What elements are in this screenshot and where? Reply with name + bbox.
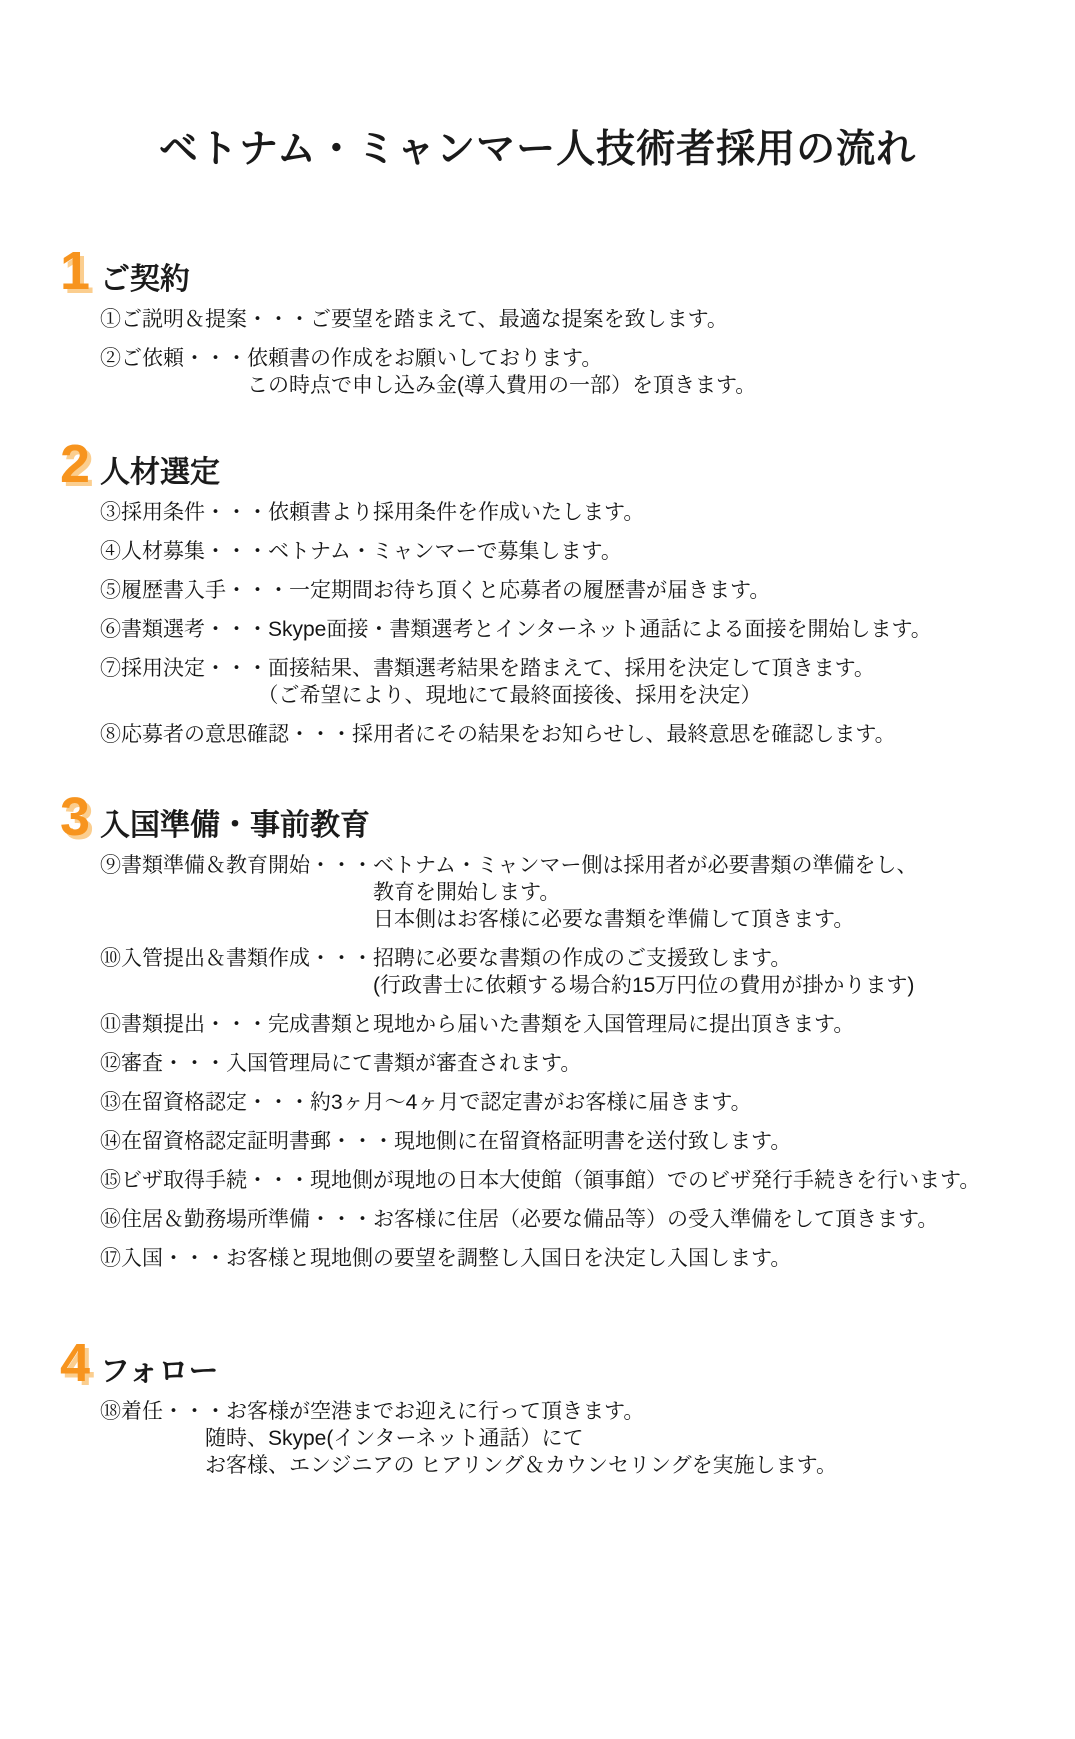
flow-item-line: ⑭在留資格認定証明書郵・・・現地側に在留資格証明書を送付致します。 xyxy=(100,1128,1075,1155)
section-2: 2人材選定③採用条件・・・依頼書より採用条件を作成いたします。④人材募集・・・ベ… xyxy=(0,437,1075,748)
section-number: 4 xyxy=(60,1336,90,1390)
flow-item-line: ①ご説明＆提案・・・ご要望を踏まえて、最適な提案を致します。 xyxy=(100,306,1075,333)
flow-item-line: この時点で申し込み金(導入費用の一部）を頂きます。 xyxy=(100,372,1075,399)
flow-item: ②ご依頼・・・依頼書の作成をお願いしております。 この時点で申し込み金(導入費用… xyxy=(100,345,1075,399)
flow-item-line: ⑯住居＆勤務場所準備・・・お客様に住居（必要な備品等）の受入準備をして頂きます。 xyxy=(100,1206,1075,1233)
flow-item-line: ②ご依頼・・・依頼書の作成をお願いしております。 xyxy=(100,345,1075,372)
flow-item-line: (行政書士に依頼する場合約15万円位の費用が掛かります) xyxy=(100,972,1075,999)
section-heading: ご契約 xyxy=(100,254,190,298)
flow-item: ⑦採用決定・・・面接結果、書類選考結果を踏まえて、採用を決定して頂きます。 （ご… xyxy=(100,655,1075,709)
flow-item-line: ⑰入国・・・お客様と現地側の要望を調整し入国日を決定し入国します。 xyxy=(100,1245,1075,1272)
section-items: ⑨書類準備＆教育開始・・・ベトナム・ミャンマー側は採用者が必要書類の準備をし、 … xyxy=(0,852,1075,1272)
flow-item: ④人材募集・・・ベトナム・ミャンマーで募集します。 xyxy=(100,538,1075,565)
section-3: 3入国準備・事前教育⑨書類準備＆教育開始・・・ベトナム・ミャンマー側は採用者が必… xyxy=(0,790,1075,1272)
flow-item-line: ⑥書類選考・・・Skype面接・書類選考とインターネット通話による面接を開始しま… xyxy=(100,616,1075,643)
flow-item-line: （ご希望により、現地にて最終面接後、採用を決定） xyxy=(100,682,1075,709)
flow-item-line: ⑨書類準備＆教育開始・・・ベトナム・ミャンマー側は採用者が必要書類の準備をし、 xyxy=(100,852,1075,879)
flow-item-line: ⑦採用決定・・・面接結果、書類選考結果を踏まえて、採用を決定して頂きます。 xyxy=(100,655,1075,682)
flow-item-line: ⑪書類提出・・・完成書類と現地から届いた書類を入国管理局に提出頂きます。 xyxy=(100,1011,1075,1038)
flow-item: ⑪書類提出・・・完成書類と現地から届いた書類を入国管理局に提出頂きます。 xyxy=(100,1011,1075,1038)
flow-item-line: ③採用条件・・・依頼書より採用条件を作成いたします。 xyxy=(100,499,1075,526)
section-items: ③採用条件・・・依頼書より採用条件を作成いたします。④人材募集・・・ベトナム・ミ… xyxy=(0,499,1075,748)
flow-item: ①ご説明＆提案・・・ご要望を踏まえて、最適な提案を致します。 xyxy=(100,306,1075,333)
flow-item: ⑩入管提出＆書類作成・・・招聘に必要な書類の作成のご支援致します。 (行政書士に… xyxy=(100,945,1075,999)
flow-item-line: ⑧応募者の意思確認・・・採用者にその結果をお知らせし、最終意思を確認します。 xyxy=(100,721,1075,748)
flow-item-line: ④人材募集・・・ベトナム・ミャンマーで募集します。 xyxy=(100,538,1075,565)
section-heading: 入国準備・事前教育 xyxy=(100,800,370,844)
flow-item-line: ⑬在留資格認定・・・約3ヶ月～4ヶ月で認定書がお客様に届きます。 xyxy=(100,1089,1075,1116)
section-items: ①ご説明＆提案・・・ご要望を踏まえて、最適な提案を致します。②ご依頼・・・依頼書… xyxy=(0,306,1075,399)
flow-item-line: ⑫審査・・・入国管理局にて書類が審査されます。 xyxy=(100,1050,1075,1077)
section-header: 3入国準備・事前教育 xyxy=(0,790,1075,844)
flow-item: ③採用条件・・・依頼書より採用条件を作成いたします。 xyxy=(100,499,1075,526)
flow-item: ⑭在留資格認定証明書郵・・・現地側に在留資格証明書を送付致します。 xyxy=(100,1128,1075,1155)
sections-container: 1ご契約①ご説明＆提案・・・ご要望を踏まえて、最適な提案を致します。②ご依頼・・… xyxy=(0,244,1075,1479)
flow-item: ⑤履歴書入手・・・一定期間お待ち頂くと応募者の履歴書が届きます。 xyxy=(100,577,1075,604)
section-number: 3 xyxy=(60,790,90,844)
flow-item: ⑱着任・・・お客様が空港までお迎えに行って頂きます。 随時、Skype(インター… xyxy=(100,1398,1075,1479)
flow-item-line: ⑤履歴書入手・・・一定期間お待ち頂くと応募者の履歴書が届きます。 xyxy=(100,577,1075,604)
document-page: ベトナム・ミャンマー人技術者採用の流れ 1ご契約①ご説明＆提案・・・ご要望を踏ま… xyxy=(0,0,1075,1739)
section-1: 1ご契約①ご説明＆提案・・・ご要望を踏まえて、最適な提案を致します。②ご依頼・・… xyxy=(0,244,1075,399)
section-header: 4フォロー xyxy=(0,1336,1075,1390)
flow-item: ⑨書類準備＆教育開始・・・ベトナム・ミャンマー側は採用者が必要書類の準備をし、 … xyxy=(100,852,1075,933)
section-4: 4フォロー⑱着任・・・お客様が空港までお迎えに行って頂きます。 随時、Skype… xyxy=(0,1336,1075,1479)
flow-item-line: お客様、エンジニアの ヒアリング＆カウンセリングを実施します。 xyxy=(100,1452,1075,1479)
section-heading: 人材選定 xyxy=(100,447,220,491)
flow-item: ⑮ビザ取得手続・・・現地側が現地の日本大使館（領事館）でのビザ発行手続きを行いま… xyxy=(100,1167,1075,1194)
flow-item-line: 日本側はお客様に必要な書類を準備して頂きます。 xyxy=(100,906,1075,933)
flow-item-line: 随時、Skype(インターネット通話）にて xyxy=(100,1425,1075,1452)
flow-item-line: 教育を開始します。 xyxy=(100,879,1075,906)
flow-item: ⑯住居＆勤務場所準備・・・お客様に住居（必要な備品等）の受入準備をして頂きます。 xyxy=(100,1206,1075,1233)
flow-item: ⑥書類選考・・・Skype面接・書類選考とインターネット通話による面接を開始しま… xyxy=(100,616,1075,643)
flow-item: ⑫審査・・・入国管理局にて書類が審査されます。 xyxy=(100,1050,1075,1077)
section-number: 1 xyxy=(60,244,90,298)
section-header: 1ご契約 xyxy=(0,244,1075,298)
flow-item: ⑰入国・・・お客様と現地側の要望を調整し入国日を決定し入国します。 xyxy=(100,1245,1075,1272)
section-number: 2 xyxy=(60,437,90,491)
section-heading: フォロー xyxy=(100,1346,219,1390)
section-items: ⑱着任・・・お客様が空港までお迎えに行って頂きます。 随時、Skype(インター… xyxy=(0,1398,1075,1479)
flow-item: ⑧応募者の意思確認・・・採用者にその結果をお知らせし、最終意思を確認します。 xyxy=(100,721,1075,748)
flow-item: ⑬在留資格認定・・・約3ヶ月～4ヶ月で認定書がお客様に届きます。 xyxy=(100,1089,1075,1116)
flow-item-line: ⑮ビザ取得手続・・・現地側が現地の日本大使館（領事館）でのビザ発行手続きを行いま… xyxy=(100,1167,1075,1194)
flow-item-line: ⑱着任・・・お客様が空港までお迎えに行って頂きます。 xyxy=(100,1398,1075,1425)
page-title: ベトナム・ミャンマー人技術者採用の流れ xyxy=(40,118,1035,174)
flow-item-line: ⑩入管提出＆書類作成・・・招聘に必要な書類の作成のご支援致します。 xyxy=(100,945,1075,972)
section-header: 2人材選定 xyxy=(0,437,1075,491)
